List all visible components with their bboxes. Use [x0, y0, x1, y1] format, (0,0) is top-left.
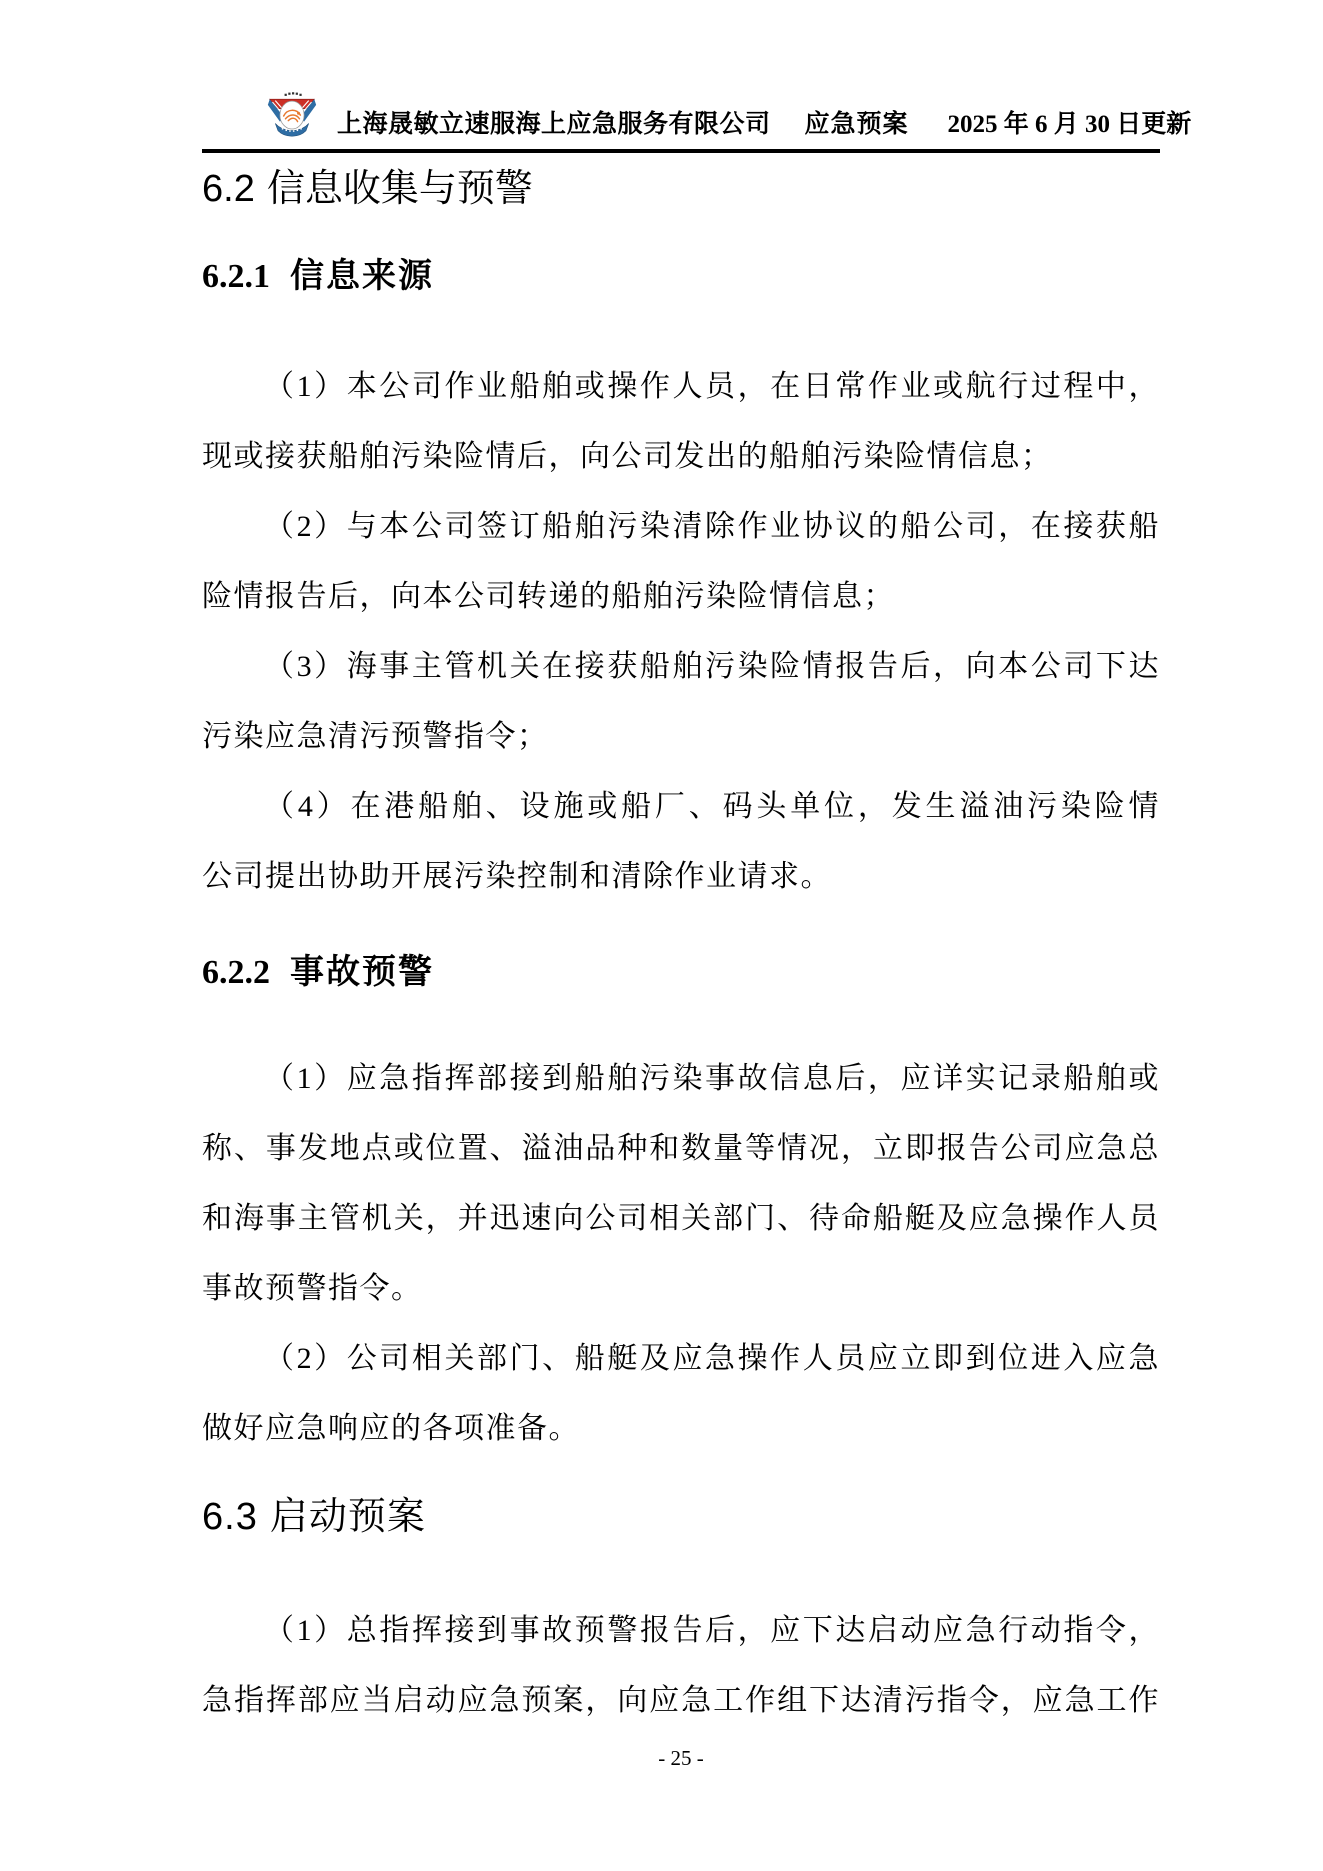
- paragraph-line: 称、事发地点或位置、溢油品种和数量等情况，立即报告公司应急总指挥: [202, 1114, 1160, 1184]
- paragraph-line: （3）海事主管机关在接获船舶污染险情报告后，向本公司下达的船舶: [202, 632, 1160, 702]
- update-date: 2025 年 6 月 30 日更新: [948, 110, 1192, 140]
- paragraph: （1）本公司作业船舶或操作人员，在日常作业或航行过程中，发 现或接获船舶污染险情…: [202, 352, 1160, 492]
- paragraph-line: （4）在港船舶、设施或船厂、码头单位，发生溢油污染险情后，向本: [202, 772, 1160, 842]
- paragraph-line: 现或接获船舶污染险情后，向公司发出的船舶污染险情信息；: [202, 422, 1160, 492]
- section-title: 事故预警: [290, 953, 434, 991]
- page-number: - 25 -: [202, 1745, 1160, 1771]
- section-number: 6.2.2: [202, 954, 270, 991]
- company-name: 上海晟敏立速服海上应急服务有限公司: [337, 110, 771, 140]
- paragraph-line: 险情报告后，向本公司转递的船舶污染险情信息；: [202, 562, 1160, 632]
- section-heading-6-3: 6.3启动预案: [202, 1496, 426, 1538]
- section-heading-6-2-2: 6.2.2事故预警: [202, 952, 434, 993]
- section-number: 6.2.1: [202, 258, 270, 295]
- company-logo-icon: [264, 90, 320, 142]
- document-page: 上海晟敏立速服海上应急服务有限公司 应急预案 2025 年 6 月 30 日更新…: [0, 0, 1323, 1871]
- paragraph-line: 公司提出协助开展污染控制和清除作业请求。: [202, 842, 1160, 912]
- paragraph: （2）公司相关部门、船艇及应急操作人员应立即到位进入应急状态， 做好应急响应的各…: [202, 1324, 1160, 1464]
- paragraph-line: 污染应急清污预警指令；: [202, 702, 1160, 772]
- doc-type-label: 应急预案: [805, 110, 909, 140]
- section-title: 信息收集与预警: [267, 168, 533, 210]
- section-title: 信息来源: [290, 257, 434, 295]
- paragraph-line: 做好应急响应的各项准备。: [202, 1394, 1160, 1464]
- paragraph: （4）在港船舶、设施或船厂、码头单位，发生溢油污染险情后，向本 公司提出协助开展…: [202, 772, 1160, 912]
- paragraph: （2）与本公司签订船舶污染清除作业协议的船公司，在接获船舶污染 险情报告后，向本…: [202, 492, 1160, 632]
- paragraph: （3）海事主管机关在接获船舶污染险情报告后，向本公司下达的船舶 污染应急清污预警…: [202, 632, 1160, 772]
- section-heading-6-2: 6.2信息收集与预警: [202, 168, 533, 210]
- paragraph-line: 急指挥部应当启动应急预案，向应急工作组下达清污指令，应急工作组根: [202, 1666, 1160, 1736]
- paragraph-line: 和海事主管机关，并迅速向公司相关部门、待命船艇及应急操作人员发出: [202, 1184, 1160, 1254]
- paragraph-line: （1）应急指挥部接到船舶污染事故信息后，应详实记录船舶或设施名: [202, 1044, 1160, 1114]
- paragraph-line: 事故预警指令。: [202, 1254, 1160, 1324]
- section-title: 启动预案: [270, 1496, 426, 1538]
- page-header: 上海晟敏立速服海上应急服务有限公司 应急预案 2025 年 6 月 30 日更新: [337, 110, 1170, 140]
- paragraph-line: （1）总指挥接到事故预警报告后，应下达启动应急行动指令，公司应: [202, 1596, 1160, 1666]
- section-number: 6.3: [202, 1496, 258, 1538]
- paragraph: （1）应急指挥部接到船舶污染事故信息后，应详实记录船舶或设施名 称、事发地点或位…: [202, 1044, 1160, 1324]
- header-divider: [202, 149, 1160, 153]
- paragraph-line: （2）与本公司签订船舶污染清除作业协议的船公司，在接获船舶污染: [202, 492, 1160, 562]
- section-number: 6.2: [202, 168, 255, 210]
- paragraph-line: （2）公司相关部门、船艇及应急操作人员应立即到位进入应急状态，: [202, 1324, 1160, 1394]
- section-heading-6-2-1: 6.2.1信息来源: [202, 256, 434, 297]
- paragraph-line: （1）本公司作业船舶或操作人员，在日常作业或航行过程中，发: [202, 352, 1160, 422]
- paragraph: （1）总指挥接到事故预警报告后，应下达启动应急行动指令，公司应 急指挥部应当启动…: [202, 1596, 1160, 1736]
